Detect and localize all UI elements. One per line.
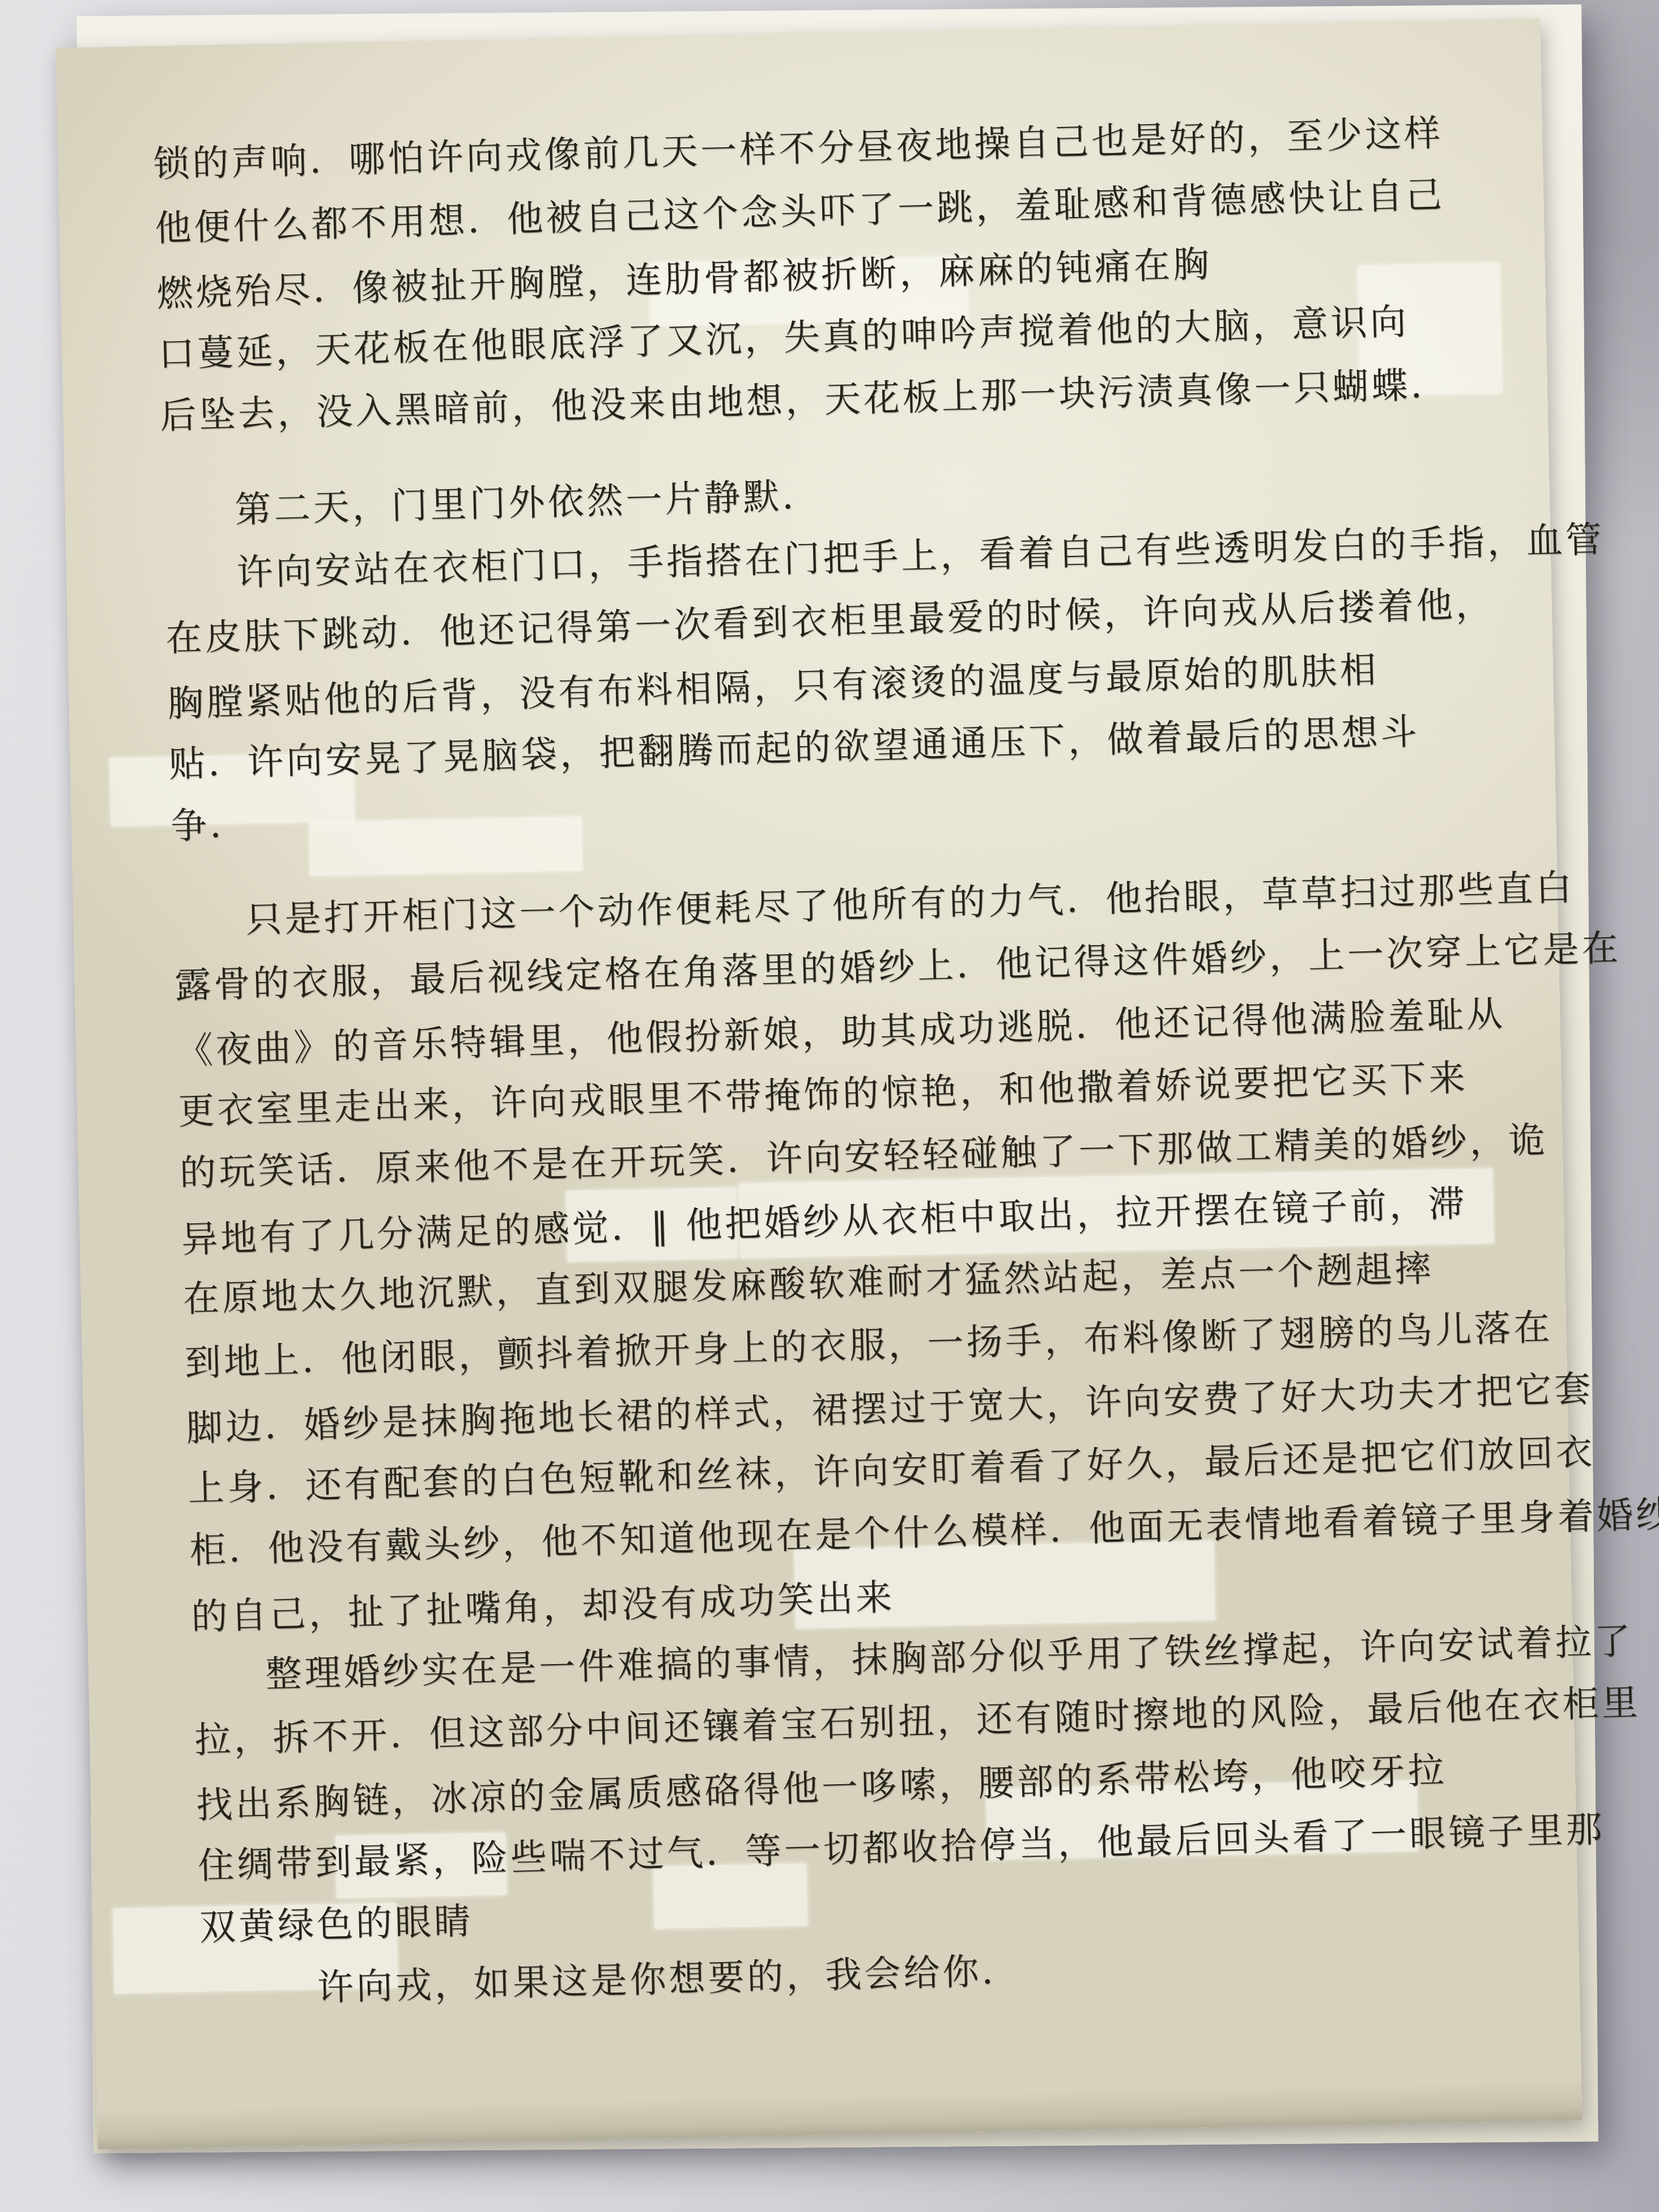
paragraph: 只是打开柜门这一个动作便耗尽了他所有的力气．他抬眼，草草扫过那些直白露骨的衣服，…	[172, 857, 1525, 1647]
paragraph: 整理婚纱实在是一件难搞的事情，抹胸部分似乎用了铁丝撑起，许向安试着拉了拉，拆不开…	[192, 1612, 1534, 1961]
paragraph: 锁的声响．哪怕许向戎像前几天一样不分昼夜地操自己也是好的，至少这样他便什么都不用…	[152, 100, 1494, 449]
manuscript: 锁的声响．哪怕许向戎像前几天一样不分昼夜地操自己也是好的，至少这样他便什么都不用…	[49, 14, 1588, 2154]
paragraph: 许向安站在衣柜门口，手指搭在门把手上，看着自己有些透明发白的手指，血管在皮肤下跳…	[163, 510, 1505, 859]
manuscript-page: 锁的声响．哪怕许向戎像前几天一样不分昼夜地操自己也是好的，至少这样他便什么都不用…	[56, 18, 1582, 2150]
photo-canvas: 锁的声响．哪怕许向戎像前几天一样不分昼夜地操自己也是好的，至少这样他便什么都不用…	[0, 0, 1659, 2212]
